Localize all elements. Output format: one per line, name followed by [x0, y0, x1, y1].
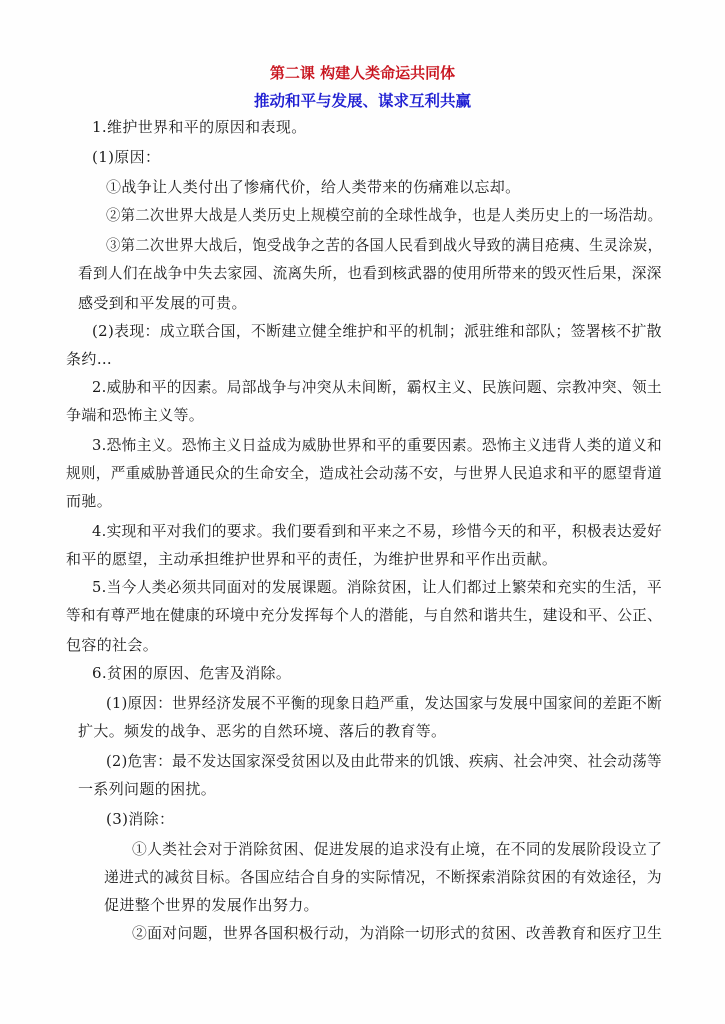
text-line: 包容的社会。 — [66, 635, 158, 655]
text-line: 递进式的减贫目标。各国应结合自身的实际情况，不断探索消除贫困的有效途径，为 — [104, 867, 662, 887]
text-line: 2.威胁和平的因素。局部战争与冲突从未间断，霸权主义、民族问题、宗教冲突、领土 — [92, 377, 662, 397]
text-line: 条约… — [66, 349, 112, 369]
text-line: 1.维护世界和平的原因和表现。 — [92, 117, 307, 137]
text-line: (3)消除： — [106, 809, 174, 829]
text-line: ①人类社会对于消除贫困、促进发展的追求没有止境，在不同的发展阶段设立了 — [132, 839, 662, 859]
lesson-title: 第二课 构建人类命运共同体 — [0, 63, 725, 83]
text-line: ②第二次世界大战是人类历史上规模空前的全球性战争，也是人类历史上的一场浩劫。 — [106, 205, 662, 225]
text-line: (2)表现：成立联合国，不断建立健全维护和平的机制；派驻维和部队；签署核不扩散 — [92, 321, 662, 341]
text-line: ①战争让人类付出了惨痛代价，给人类带来的伤痛难以忘却。 — [106, 177, 520, 197]
text-line: 等和有尊严地在健康的环境中充分发挥每个人的潜能，与自然和谐共生，建设和平、公正、 — [66, 605, 662, 625]
text-line: 规则，严重威胁普通民众的生命安全，造成社会动荡不安，与世界人民追求和平的愿望背道 — [66, 463, 662, 483]
text-line: 感受到和平发展的可贵。 — [78, 293, 247, 313]
document-page: 第二课 构建人类命运共同体 推动和平与发展、谋求互利共赢 1.维护世界和平的原因… — [0, 0, 725, 1024]
text-line: 5.当今人类必须共同面对的发展课题。消除贫困，让人们都过上繁荣和充实的生活，平 — [92, 577, 662, 597]
text-line: 而驰。 — [66, 491, 112, 511]
text-line: (1)原因：世界经济发展不平衡的现象日趋严重，发达国家与发展中国家间的差距不断 — [106, 693, 662, 713]
text-line: ②面对问题，世界各国积极行动，为消除一切形式的贫困、改善教育和医疗卫生 — [132, 923, 662, 943]
text-line: 4.实现和平对我们的要求。我们要看到和平来之不易，珍惜今天的和平，积极表达爱好 — [92, 521, 662, 541]
text-line: 3.恐怖主义。恐怖主义日益成为威胁世界和平的重要因素。恐怖主义违背人类的道义和 — [92, 435, 662, 455]
text-line: ③第二次世界大战后，饱受战争之苦的各国人民看到战火导致的满目疮痍、生灵涂炭， — [106, 235, 662, 255]
text-line: 看到人们在战争中失去家园、流离失所，也看到核武器的使用所带来的毁灭性后果，深深 — [78, 263, 662, 283]
text-line: 和平的愿望，主动承担维护世界和平的责任，为维护世界和平作出贡献。 — [66, 549, 557, 569]
text-line: 扩大。频发的战争、恶劣的自然环境、落后的教育等。 — [78, 721, 446, 741]
text-line: (1)原因： — [92, 147, 160, 167]
text-line: 6.贫困的原因、危害及消除。 — [92, 663, 291, 683]
text-line: 促进整个世界的发展作出努力。 — [104, 895, 319, 915]
text-line: 争端和恐怖主义等。 — [66, 405, 204, 425]
section-subtitle: 推动和平与发展、谋求互利共赢 — [0, 91, 725, 111]
text-line: 一系列问题的困扰。 — [78, 779, 216, 799]
text-line: (2)危害：最不发达国家深受贫困以及由此带来的饥饿、疾病、社会冲突、社会动荡等 — [106, 751, 662, 771]
